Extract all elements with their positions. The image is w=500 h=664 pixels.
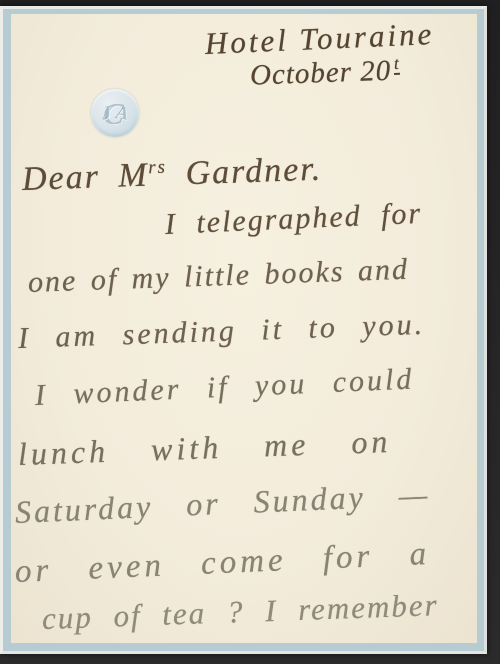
salutation-prefix: Dear M: [21, 157, 149, 198]
handwriting-line: Saturday or Sunday —: [14, 476, 431, 531]
heading-date-suffix: t: [394, 53, 401, 75]
heading-date-main: October 20: [249, 55, 391, 92]
monogram-letter: A: [114, 103, 129, 124]
photo-background: J C A Hotel Touraine October 20t Dear Mr…: [0, 0, 500, 664]
monogram-letter: J: [100, 103, 112, 123]
handwriting-line: one of my little books and: [27, 253, 409, 300]
salutation-superscript: rs: [148, 157, 167, 179]
salutation-rest: Gardner.: [166, 151, 322, 193]
handwriting-line: I wonder if you could: [34, 362, 415, 413]
letter-page: J C A Hotel Touraine October 20t Dear Mr…: [0, 6, 487, 654]
handwriting-line: I am sending it to you.: [17, 308, 425, 356]
salutation-line: Dear Mrs Gardner.: [21, 151, 322, 199]
monogram-seal-icon: J C A: [91, 89, 139, 137]
handwriting-line: or even come for a: [14, 536, 431, 591]
heading-date: October 20t: [249, 53, 400, 93]
handwriting-line: I telegraphed for: [164, 197, 423, 242]
handwriting-line: lunch with me on: [17, 423, 392, 473]
handwriting-line: cup of tea ? I remember: [41, 587, 439, 637]
